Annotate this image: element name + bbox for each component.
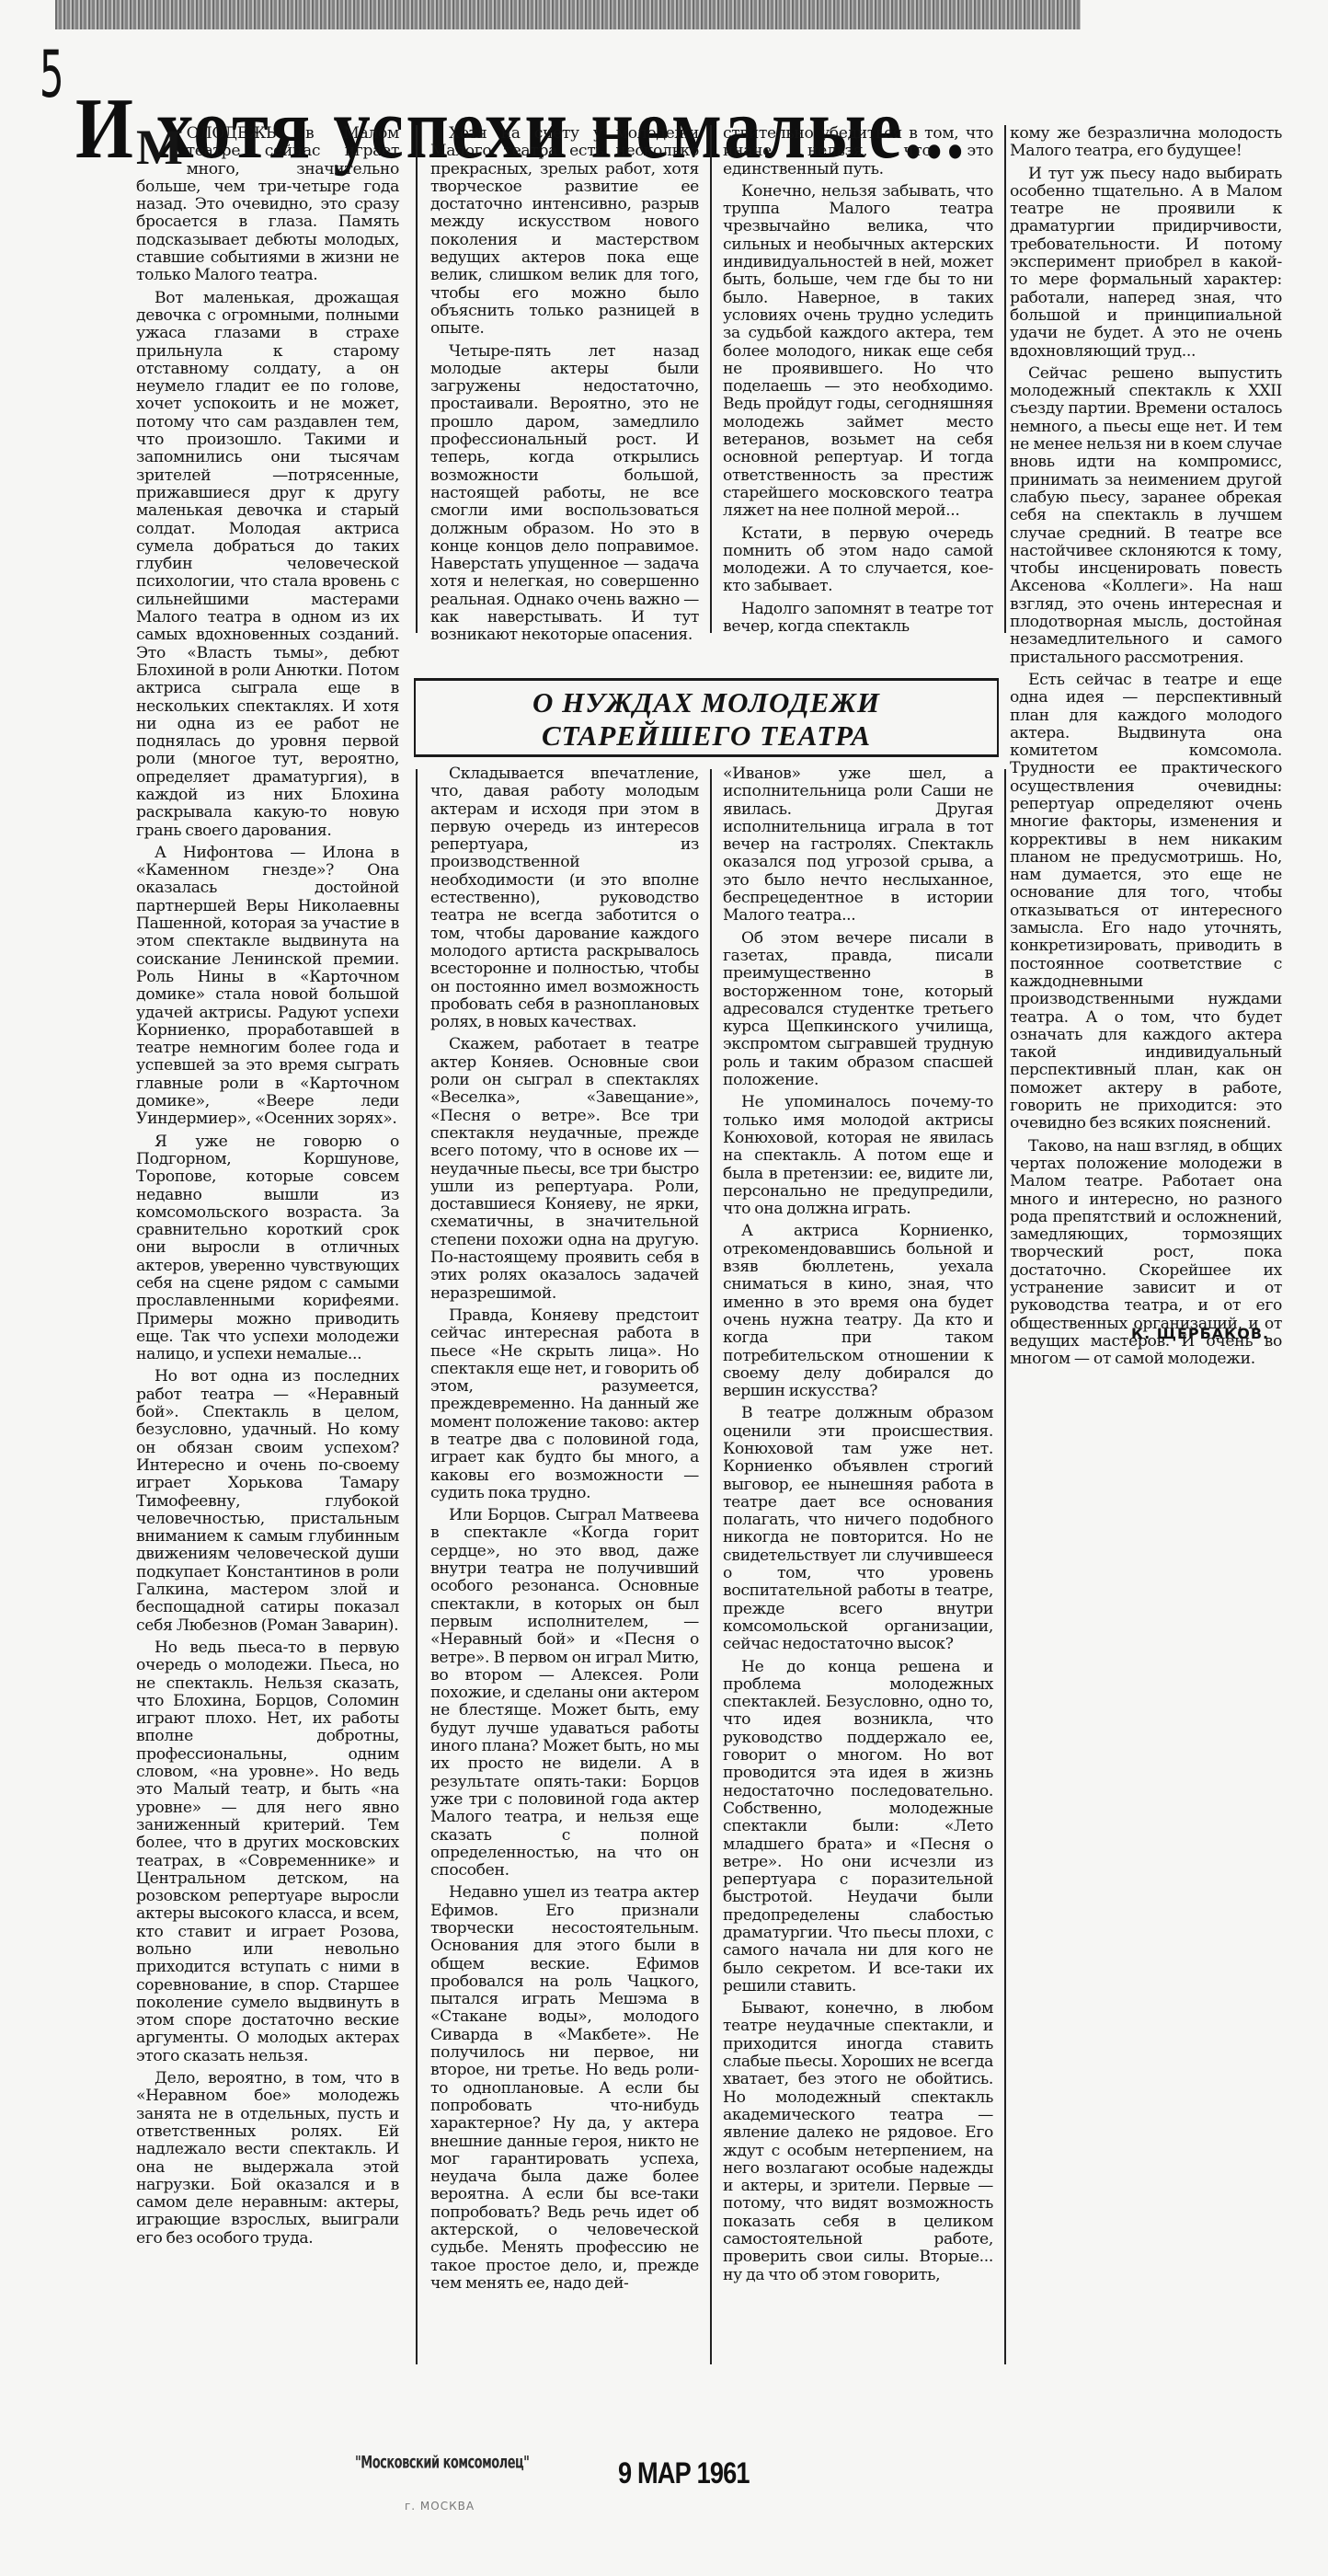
column-rule [416, 125, 418, 633]
paragraph: «Иванов» уже шел, а исполнительница роли… [723, 765, 993, 926]
paragraph: Дело, вероятно, в том, что в «Неравном б… [136, 2070, 399, 2248]
drop-cap: М [136, 127, 183, 167]
paragraph: Есть сейчас в театре и еще одна идея — п… [1010, 672, 1282, 1133]
section-subheading-box: О НУЖДАХ МОЛОДЕЖИ СТАРЕЙШЕГО ТЕАТРА [414, 678, 999, 757]
margin-handwritten-mark: 5 [40, 37, 64, 112]
paragraph: Я уже не говорю о Подгорном, Коршунове, … [136, 1133, 399, 1364]
article-column-3-bottom: «Иванов» уже шел, а исполнительница роли… [723, 765, 993, 2289]
article-column-2-bottom: Складывается впечатление, что, давая раб… [430, 765, 699, 2297]
paragraph: Но вот одна из последних работ театра — … [136, 1368, 399, 1634]
scan-top-band [55, 0, 1081, 29]
paragraph: Конечно, нельзя забывать, что труппа Мал… [723, 183, 993, 521]
article-column-1: МОЛОДЕЖЬ в Малом театре сейчас играет мн… [136, 125, 399, 2252]
paragraph: Или Борцов. Сыграл Матвеева в спектакле … [430, 1507, 699, 1880]
subheading-line-1: О НУЖДАХ МОЛОДЕЖИ [416, 686, 997, 719]
paragraph: Бывают, конечно, в любом театре неудачны… [723, 2000, 993, 2284]
date-stamp: 9 МАР 1961 [618, 2456, 750, 2490]
paragraph: Не упоминалось почему-то только имя моло… [723, 1094, 993, 1218]
paragraph: ствительно убедиться в том, что иначе не… [723, 125, 993, 178]
paragraph: В театре должным образом оценили эти про… [723, 1405, 993, 1653]
subheading-line-2: СТАРЕЙШЕГО ТЕАТРА [416, 719, 997, 753]
column-rule [1004, 125, 1006, 633]
paragraph: А актриса Корниенко, отрекомендовавшись … [723, 1223, 993, 1400]
paragraph: Об этом вечере писали в газетах, правда,… [723, 930, 993, 1090]
paragraph: Складывается впечатление, что, давая раб… [430, 765, 699, 1031]
article-column-2-top: Хотя на счету у молодежи Малого театра е… [430, 125, 699, 650]
paragraph: Правда, Коняеву предстоит сейчас интерес… [430, 1307, 699, 1502]
paragraph: Хотя на счету у молодежи Малого театра е… [430, 125, 699, 339]
paragraph: Четыре-пять лет назад молодые актеры был… [430, 343, 699, 645]
paragraph: кому же безразлична молодость Малого теа… [1010, 125, 1282, 161]
column-rule [710, 769, 712, 2364]
newspaper-source-stamp: "Московский комсомолец" [355, 2454, 529, 2473]
column-rule [1004, 769, 1006, 2364]
lead-paragraph: МОЛОДЕЖЬ в Малом театре сейчас играет мн… [136, 125, 399, 285]
column-rule [416, 769, 418, 2364]
paragraph: А Нифонтова — Илона в «Каменном гнезде»?… [136, 845, 399, 1129]
paragraph: Недавно ушел из театра актер Ефимов. Его… [430, 1884, 699, 2293]
paragraph: Но ведь пьеса-то в первую очередь о моло… [136, 1639, 399, 2065]
paragraph: Сейчас решено выпустить молодежный спект… [1010, 365, 1282, 667]
article-column-4: кому же безразлична молодость Малого теа… [1010, 125, 1282, 1373]
city-stamp: г. МОСКВА [405, 2500, 475, 2513]
paragraph: Не до конца решена и проблема молодежных… [723, 1659, 993, 1996]
paragraph: Вот маленькая, дрожащая девочка с огромн… [136, 290, 399, 840]
paragraph: Скажем, работает в театре актер Коняев. … [430, 1036, 699, 1302]
article-column-3-top: ствительно убедиться в том, что иначе не… [723, 125, 993, 640]
author-byline: К. ЩЕРБАКОВ. [1131, 1325, 1269, 1342]
paragraph: И тут уж пьесу надо выбирать особенно тщ… [1010, 166, 1282, 361]
paragraph: Кстати, в первую очередь помнить об этом… [723, 525, 993, 596]
column-rule [710, 125, 712, 633]
paragraph: Надолго запомнят в театре тот вечер, ког… [723, 601, 993, 637]
